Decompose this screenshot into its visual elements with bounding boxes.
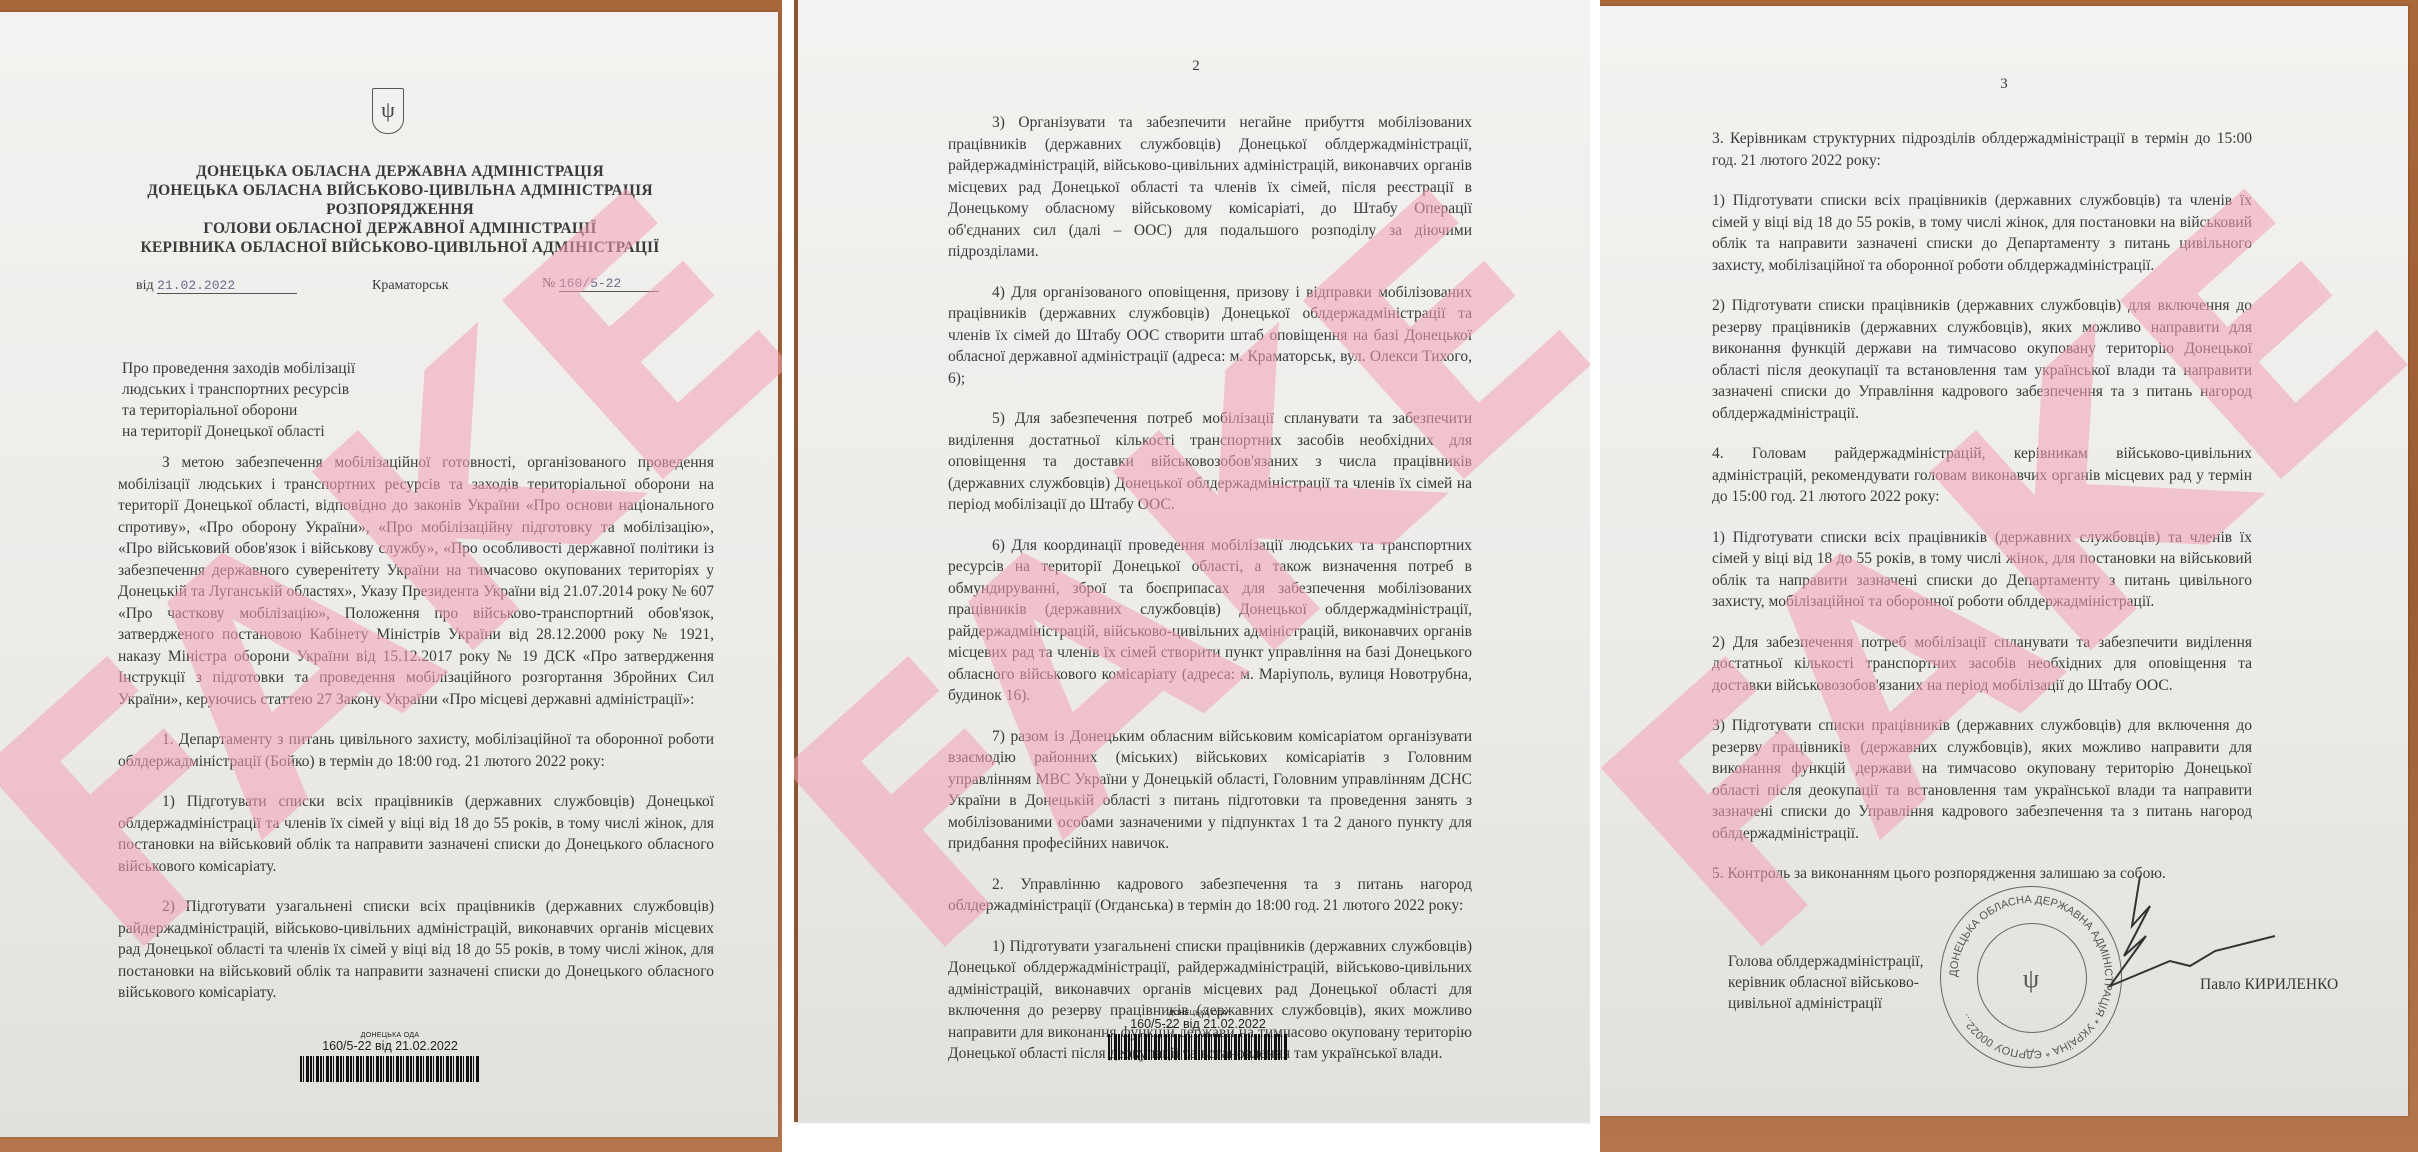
document-photo-page-3: 3 3. Керівникам структурних підрозділів … (1600, 0, 2418, 1152)
paper-sheet: 2 3) Організувати та забезпечити негайне… (794, 0, 1590, 1122)
paragraph: З метою забезпечення мобілізаційної гото… (118, 452, 714, 710)
paragraph: 1. Департаменту з питань цивільного захи… (118, 729, 714, 772)
body-text: 3) Організувати та забезпечити негайне п… (948, 112, 1472, 1084)
paper-sheet: ψ ДОНЕЦЬКА ОБЛАСНА ДЕРЖАВНА АДМІНІСТРАЦІ… (0, 12, 778, 1137)
handwritten-signature (2040, 866, 2280, 1026)
paragraph: 1) Підготувати списки всіх працівників (… (1712, 190, 2252, 276)
paragraph: 3) Підготувати списки працівників (держа… (1712, 715, 2252, 844)
barcode (300, 1056, 480, 1082)
paragraph: 3. Керівникам структурних підрозділів об… (1712, 128, 2252, 171)
document-number-value: 160/5-22 (559, 276, 659, 292)
document-title: Про проведення заходів мобілізації людсь… (122, 358, 355, 442)
paragraph: 2. Управлінню кадрового забезпечення та … (948, 874, 1472, 917)
body-text: 3. Керівникам структурних підрозділів об… (1712, 128, 2252, 904)
document-photo-page-2: 2 3) Організувати та забезпечити негайне… (794, 0, 1590, 1152)
date-field: від 21.02.2022 (136, 278, 297, 294)
paragraph: 2) Для забезпечення потреб мобілізації с… (1712, 632, 2252, 697)
page-number: 3 (1600, 76, 2408, 93)
paragraph: 2) Підготувати списки працівників (держа… (1712, 295, 2252, 424)
document-number-field: № 160/5-22 (542, 276, 659, 292)
paragraph: 6) Для координації проведення мобілізаці… (948, 535, 1472, 707)
registration-stamp: ДОНЕЦЬКА ОДА 160/5-22 від 21.02.2022 (300, 1032, 480, 1082)
paragraph: 5) Для забезпечення потреб мобілізації с… (948, 408, 1472, 516)
body-text: З метою забезпечення мобілізаційної гото… (118, 452, 714, 1023)
paper-sheet: 3 3. Керівникам структурних підрозділів … (1600, 6, 2408, 1116)
svg-text:ψ: ψ (2023, 964, 2039, 993)
paragraph: 3) Організувати та забезпечити негайне п… (948, 112, 1472, 263)
paragraph: 1) Підготувати списки всіх працівників (… (118, 791, 714, 877)
document-header: ДОНЕЦЬКА ОБЛАСНА ДЕРЖАВНА АДМІНІСТРАЦІЯ … (120, 162, 680, 257)
barcode (1108, 1034, 1288, 1060)
signatory-position: Голова облдержадміністрації, керівник об… (1728, 951, 1923, 1014)
header-line: РОЗПОРЯДЖЕННЯ (120, 200, 680, 219)
paragraph: 2) Підготувати узагальнені списки всіх п… (118, 896, 714, 1004)
signatory-name: Павло КИРИЛЕНКО (2200, 974, 2338, 995)
registration-stamp: ДОНЕЦЬКА ОДА 160/5-22 від 21.02.2022 (1108, 1010, 1288, 1060)
city-label: Краматорськ (372, 278, 449, 294)
date-value: 21.02.2022 (157, 278, 297, 294)
page-number: 2 (798, 58, 1590, 75)
document-photo-page-1: ψ ДОНЕЦЬКА ОБЛАСНА ДЕРЖАВНА АДМІНІСТРАЦІ… (0, 0, 782, 1152)
paragraph: 4. Головам райдержадміністрацій, керівни… (1712, 443, 2252, 508)
trident-coat-of-arms-icon: ψ (372, 88, 404, 134)
paragraph: 4) Для організованого оповіщення, призов… (948, 282, 1472, 390)
header-line: ДОНЕЦЬКА ОБЛАСНА ДЕРЖАВНА АДМІНІСТРАЦІЯ (120, 162, 680, 181)
header-line: КЕРІВНИКА ОБЛАСНОЇ ВІЙСЬКОВО-ЦИВІЛЬНОЇ А… (120, 238, 680, 257)
paragraph: 1) Підготувати списки всіх працівників (… (1712, 527, 2252, 613)
paragraph: 7) разом із Донецьким обласним військови… (948, 726, 1472, 855)
header-line: ДОНЕЦЬКА ОБЛАСНА ВІЙСЬКОВО-ЦИВІЛЬНА АДМІ… (120, 181, 680, 200)
header-line: ГОЛОВИ ОБЛАСНОЇ ДЕРЖАВНОЇ АДМІНІСТРАЦІЇ (120, 219, 680, 238)
